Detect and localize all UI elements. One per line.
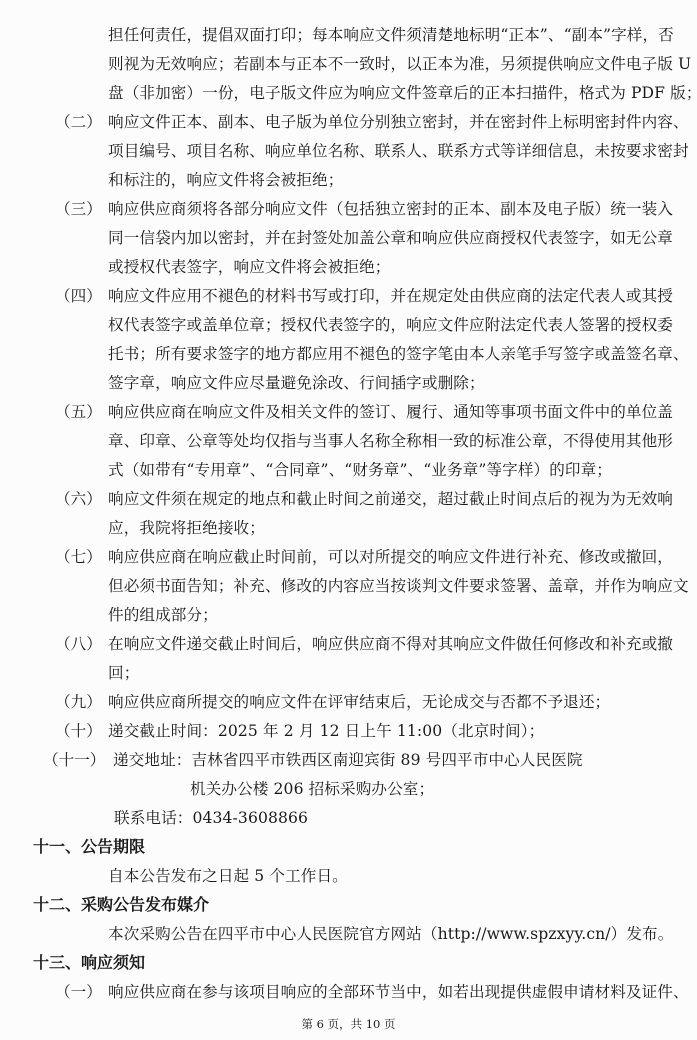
text-line: 和标注的，响应文件将会被拒绝； bbox=[108, 170, 343, 190]
text-line: 响应供应商在响应文件及相关文件的签订、履行、通知等事项书面文件中的单位盖 bbox=[108, 402, 673, 422]
item-label: （二） bbox=[55, 112, 102, 132]
text-line: 响应供应商在参与该项目响应的全部环节当中，如若出现提供虚假申请材料及证件、 bbox=[108, 982, 689, 1002]
text-line: 响应供应商所提交的响应文件在评审结束后，无论成交与否都不予退还； bbox=[108, 692, 610, 712]
text-line: 担任何责任，提倡双面打印；每本响应文件须清楚地标明“正本”、“副本”字样，否 bbox=[108, 25, 674, 45]
text-line: 托书；所有要求签字的地方都应用不褪色的签字笔由本人亲笔手写签字或盖签名章、 bbox=[108, 344, 689, 364]
text-line: 回； bbox=[108, 663, 139, 683]
text-line: 盘（非加密）一份，电子版文件应为响应文件签章后的正本扫描件，格式为 PDF 版； bbox=[108, 83, 697, 103]
text-line: 章、印章、公章等处均仅指与当事人名称全称相一致的标准公章，不得使用其他形 bbox=[108, 431, 673, 451]
text-line: 递交截止时间：2025 年 2 月 12 日上午 11:00（北京时间）； bbox=[108, 721, 544, 741]
item-label: （九） bbox=[55, 692, 102, 712]
text-line: 式（如带有“专用章”、“合同章”、“财务章”、“业务章”等字样）的印章； bbox=[108, 460, 612, 480]
text-line: 则视为无效响应；若副本与正本不一致时，以正本为准，另须提供响应文件电子版 U bbox=[108, 54, 691, 74]
item-label: （十） bbox=[55, 721, 102, 741]
document-page: 担任何责任，提倡双面打印；每本响应文件须清楚地标明“正本”、“副本”字样，否 则… bbox=[0, 0, 697, 1040]
text-line: 响应文件正本、副本、电子版为单位分别独立密封，并在密封件上标明密封件内容、 bbox=[108, 112, 689, 132]
text-line: 自本公告发布之日起 5 个工作日。 bbox=[108, 866, 348, 886]
text-line: 或授权代表签字，响应文件将会被拒绝； bbox=[108, 257, 391, 277]
page-footer: 第 6 页，共 10 页 bbox=[0, 1016, 697, 1032]
text-line: 本次采购公告在四平市中心人民医院官方网站（http://www.spzxyy.c… bbox=[108, 924, 673, 944]
section-heading: 十二、采购公告发布媒介 bbox=[33, 895, 209, 915]
item-label: （八） bbox=[55, 634, 102, 654]
item-label: （四） bbox=[55, 286, 102, 306]
item-label: （六） bbox=[55, 489, 102, 509]
section-heading: 十三、响应须知 bbox=[33, 953, 145, 973]
text-line: 项目编号、项目名称、响应单位名称、联系人、联系方式等详细信息，未按要求密封 bbox=[108, 141, 689, 161]
text-line: 件的组成部分； bbox=[108, 605, 218, 625]
item-label: （五） bbox=[55, 402, 102, 422]
text-line: 响应供应商须将各部分响应文件（包括独立密封的正本、副本及电子版）统一装入 bbox=[108, 199, 673, 219]
contact-phone: 联系电话：0434-3608866 bbox=[114, 808, 308, 828]
text-line: 权代表签字或盖单位章；授权代表签字的，响应文件应附法定代表人签署的授权委 bbox=[108, 315, 673, 335]
item-label: （三） bbox=[55, 199, 102, 219]
text-line: 响应供应商在响应截止时间前，可以对所提交的响应文件进行补充、修改或撤回， bbox=[108, 547, 673, 567]
item-label: （一） bbox=[55, 982, 102, 1002]
text-line: 同一信袋内加以密封，并在封签处加盖公章和响应供应商授权代表签字，如无公章 bbox=[108, 228, 673, 248]
item-label: （七） bbox=[55, 547, 102, 567]
text-line: 响应文件须在规定的地点和截止时间之前递交，超过截止时间点后的视为为无效响 bbox=[108, 489, 673, 509]
item-label: （十一） bbox=[43, 750, 105, 770]
text-line: 签字章，响应文件应尽量避免涂改、行间插字或删除； bbox=[108, 373, 485, 393]
text-line: 但必须书面告知；补充、修改的内容应当按谈判文件要求签署、盖章，并作为响应文 bbox=[108, 576, 689, 596]
address-line: 递交地址：吉林省四平市铁西区南迎宾街 89 号四平市中心人民医院 bbox=[113, 750, 583, 770]
section-heading: 十一、公告期限 bbox=[33, 837, 145, 857]
text-line: 应，我院将拒绝接收； bbox=[108, 518, 265, 538]
address-line: 机关办公楼 206 招标采购办公室； bbox=[190, 779, 434, 799]
text-line: 在响应文件递交截止时间后，响应供应商不得对其响应文件做任何修改和补充或撤 bbox=[108, 634, 673, 654]
text-line: 响应文件应用不褪色的材料书写或打印，并在规定处由供应商的法定代表人或其授 bbox=[108, 286, 673, 306]
